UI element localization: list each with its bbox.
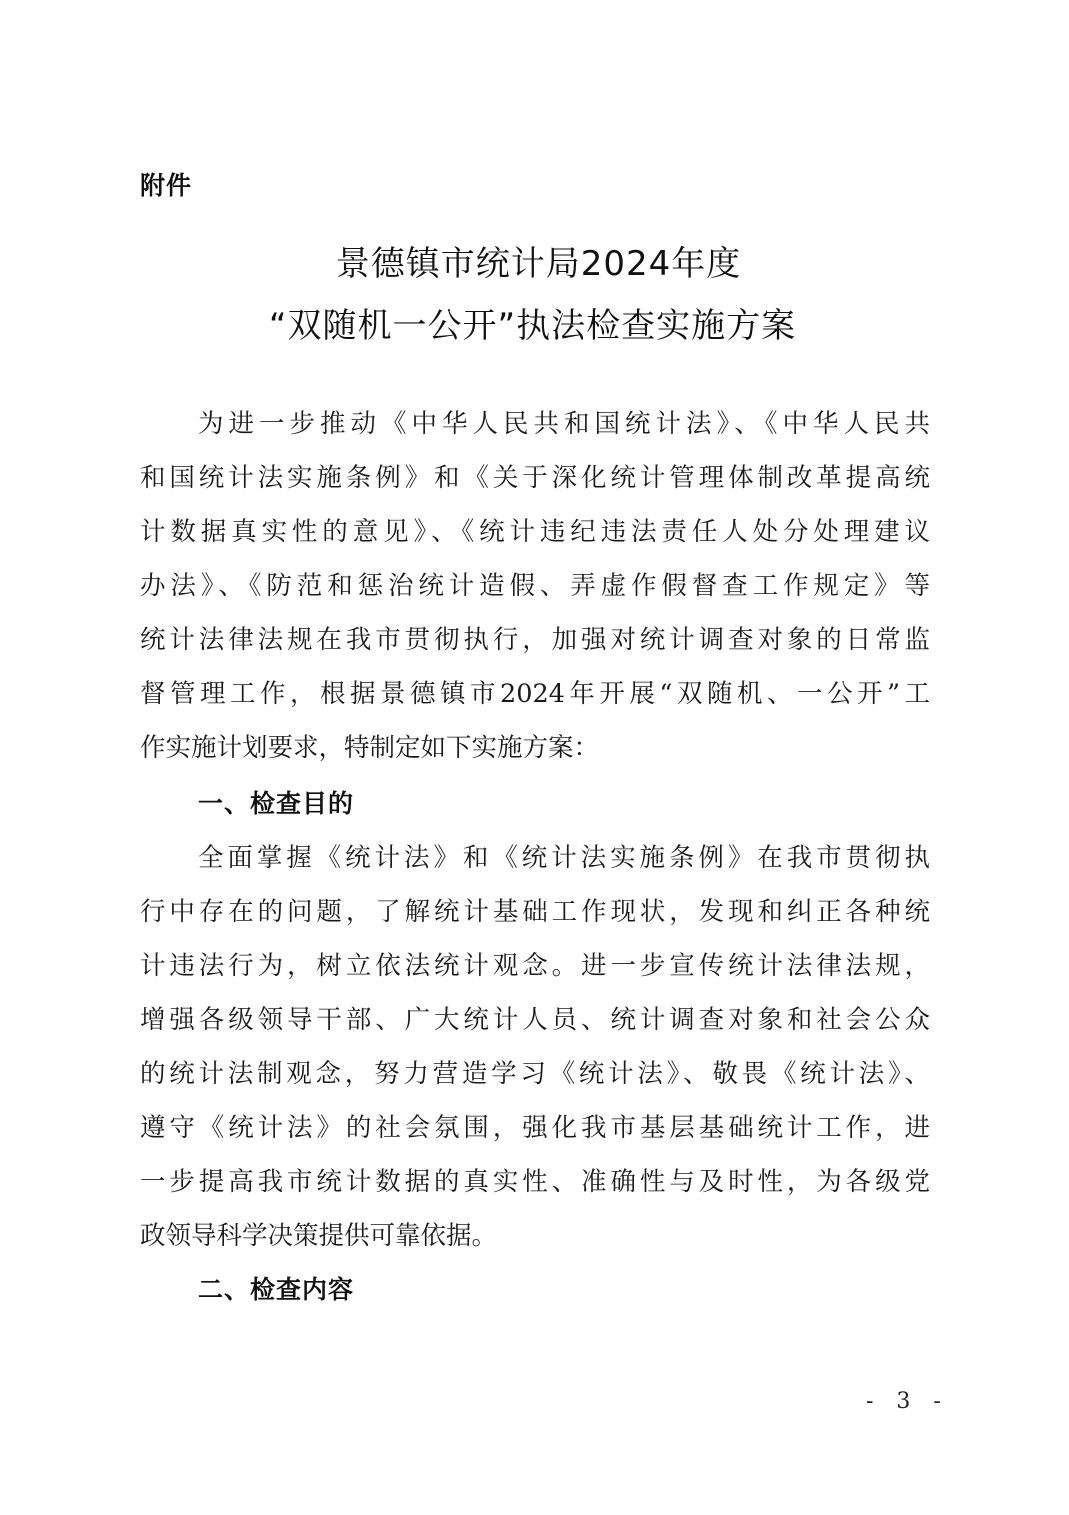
- section-heading-content: 二、检查内容: [198, 1270, 354, 1306]
- document-title-line-2: “双随机一公开”执法检查实施方案: [0, 298, 1067, 347]
- paragraph-line: 增强各级领导干部、广大统计人员、统计调查对象和社会公众: [140, 1000, 930, 1036]
- paragraph-line: 为进一步推动《中华人民共和国统计法》、《中华人民共: [198, 404, 930, 440]
- paragraph-line: 计数据真实性的意见》、《统计违纪违法责任人处分处理建议: [140, 512, 930, 548]
- paragraph-line: 全面掌握《统计法》和《统计法实施条例》在我市贯彻执: [198, 838, 930, 874]
- paragraph-line: 办法》、《防范和惩治统计造假、弄虚作假督查工作规定》等: [140, 566, 930, 602]
- paragraph-line: 一步提高我市统计数据的真实性、准确性与及时性，为各级党: [140, 1162, 930, 1198]
- paragraph-line: 政领导科学决策提供可靠依据。: [140, 1216, 930, 1252]
- paragraph-line: 和国统计法实施条例》和《关于深化统计管理体制改革提高统: [140, 458, 930, 494]
- paragraph-line: 作实施计划要求，特制定如下实施方案：: [140, 728, 930, 764]
- attachment-label: 附件: [140, 166, 192, 202]
- paragraph-line: 统计法律法规在我市贯彻执行，加强对统计调查对象的日常监: [140, 620, 930, 656]
- paragraph-line: 督管理工作，根据景德镇市2024年开展“双随机、一公开”工: [140, 674, 930, 710]
- document-page: 附件 景德镇市统计局2024年度 “双随机一公开”执法检查实施方案 为进一步推动…: [0, 0, 1069, 1515]
- document-title-line-1: 景德镇市统计局2024年度: [4, 236, 1069, 285]
- paragraph-line: 行中存在的问题，了解统计基础工作现状，发现和纠正各种统: [140, 892, 930, 928]
- paragraph-line: 遵守《统计法》的社会氛围，强化我市基层基础统计工作，进: [140, 1108, 930, 1144]
- page-number: - 3 -: [866, 1389, 949, 1414]
- section-heading-purpose: 一、检查目的: [198, 784, 354, 820]
- paragraph-line: 的统计法制观念，努力营造学习《统计法》、敬畏《统计法》、: [140, 1054, 930, 1090]
- paragraph-line: 计违法行为，树立依法统计观念。进一步宣传统计法律法规，: [140, 946, 930, 982]
